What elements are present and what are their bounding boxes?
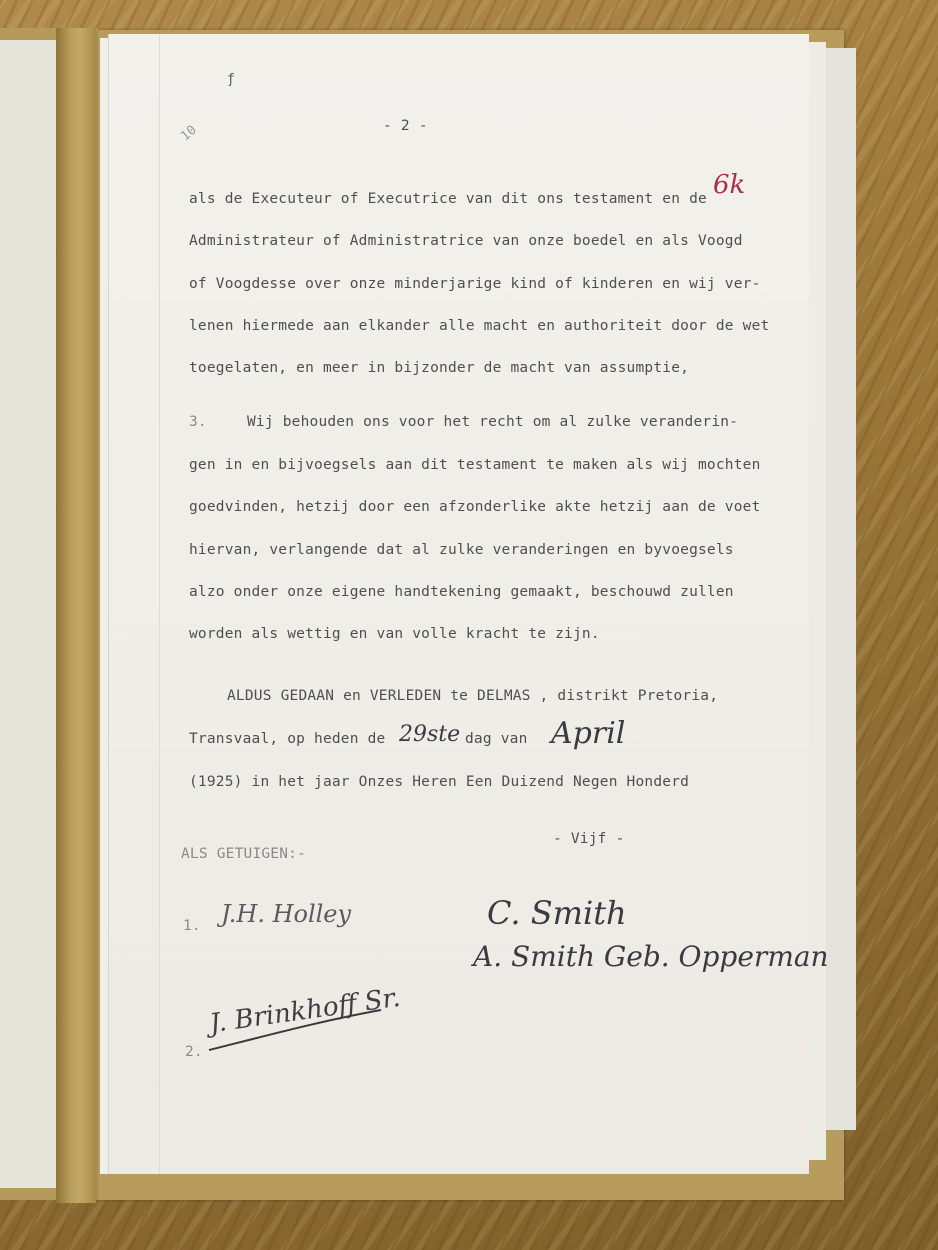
document-page: ƒ 10 - 2 - 6k als de Executeur of Execut… <box>108 34 809 1174</box>
text-line: worden als wettig en van volle kracht te… <box>189 626 600 642</box>
red-annotation: 6k <box>713 170 745 200</box>
text-line: of Voogdesse over onze minderjarige kind… <box>189 276 761 292</box>
page-number: - 2 - <box>383 118 428 134</box>
clause-number: 3. <box>189 414 207 430</box>
text-line: Wij behouden ons voor het recht om al zu… <box>247 414 738 430</box>
pencil-folio-number: 10 <box>178 123 200 145</box>
text-line: toegelaten, en meer in bijzonder de mach… <box>189 360 689 376</box>
text-line: Administrateur of Administratrice van on… <box>189 233 743 249</box>
text-line: (1925) in het jaar Onzes Heren Een Duize… <box>189 774 689 790</box>
handwritten-day: 29ste <box>399 722 460 747</box>
testator-signature: C. Smith <box>487 894 627 932</box>
left-page-edge <box>0 40 56 1188</box>
year-continuation: - Vijf - <box>553 831 624 847</box>
text-line: Transvaal, op heden de <box>189 731 385 747</box>
text-line: ALDUS GEDAAN en VERLEDEN te DELMAS , dis… <box>227 688 718 704</box>
witness-number: 1. <box>183 918 201 934</box>
testator-signature: A. Smith Geb. Opperman <box>473 940 829 973</box>
witness-signature: J.H. Holley <box>221 900 351 928</box>
text-line: gen in en bijvoegsels aan dit testament … <box>189 457 761 473</box>
text-line: goedvinden, hetzij door een afzonderlike… <box>189 499 761 515</box>
text-line: als de Executeur of Executrice van dit o… <box>189 191 707 207</box>
text-line: lenen hiermede aan elkander alle macht e… <box>189 318 769 334</box>
handwritten-month: April <box>551 716 625 751</box>
corner-mark: ƒ <box>227 72 235 87</box>
folder-spine <box>56 28 96 1203</box>
text-line: hiervan, verlangende dat al zulke verand… <box>189 542 734 558</box>
margin-line <box>159 34 160 1174</box>
witness-number: 2. <box>185 1044 203 1060</box>
witnesses-heading: ALS GETUIGEN:- <box>181 846 306 862</box>
signature-underline <box>205 1006 385 1056</box>
text-line: alzo onder onze eigene handtekening gema… <box>189 584 734 600</box>
text-line: dag van <box>465 731 528 747</box>
